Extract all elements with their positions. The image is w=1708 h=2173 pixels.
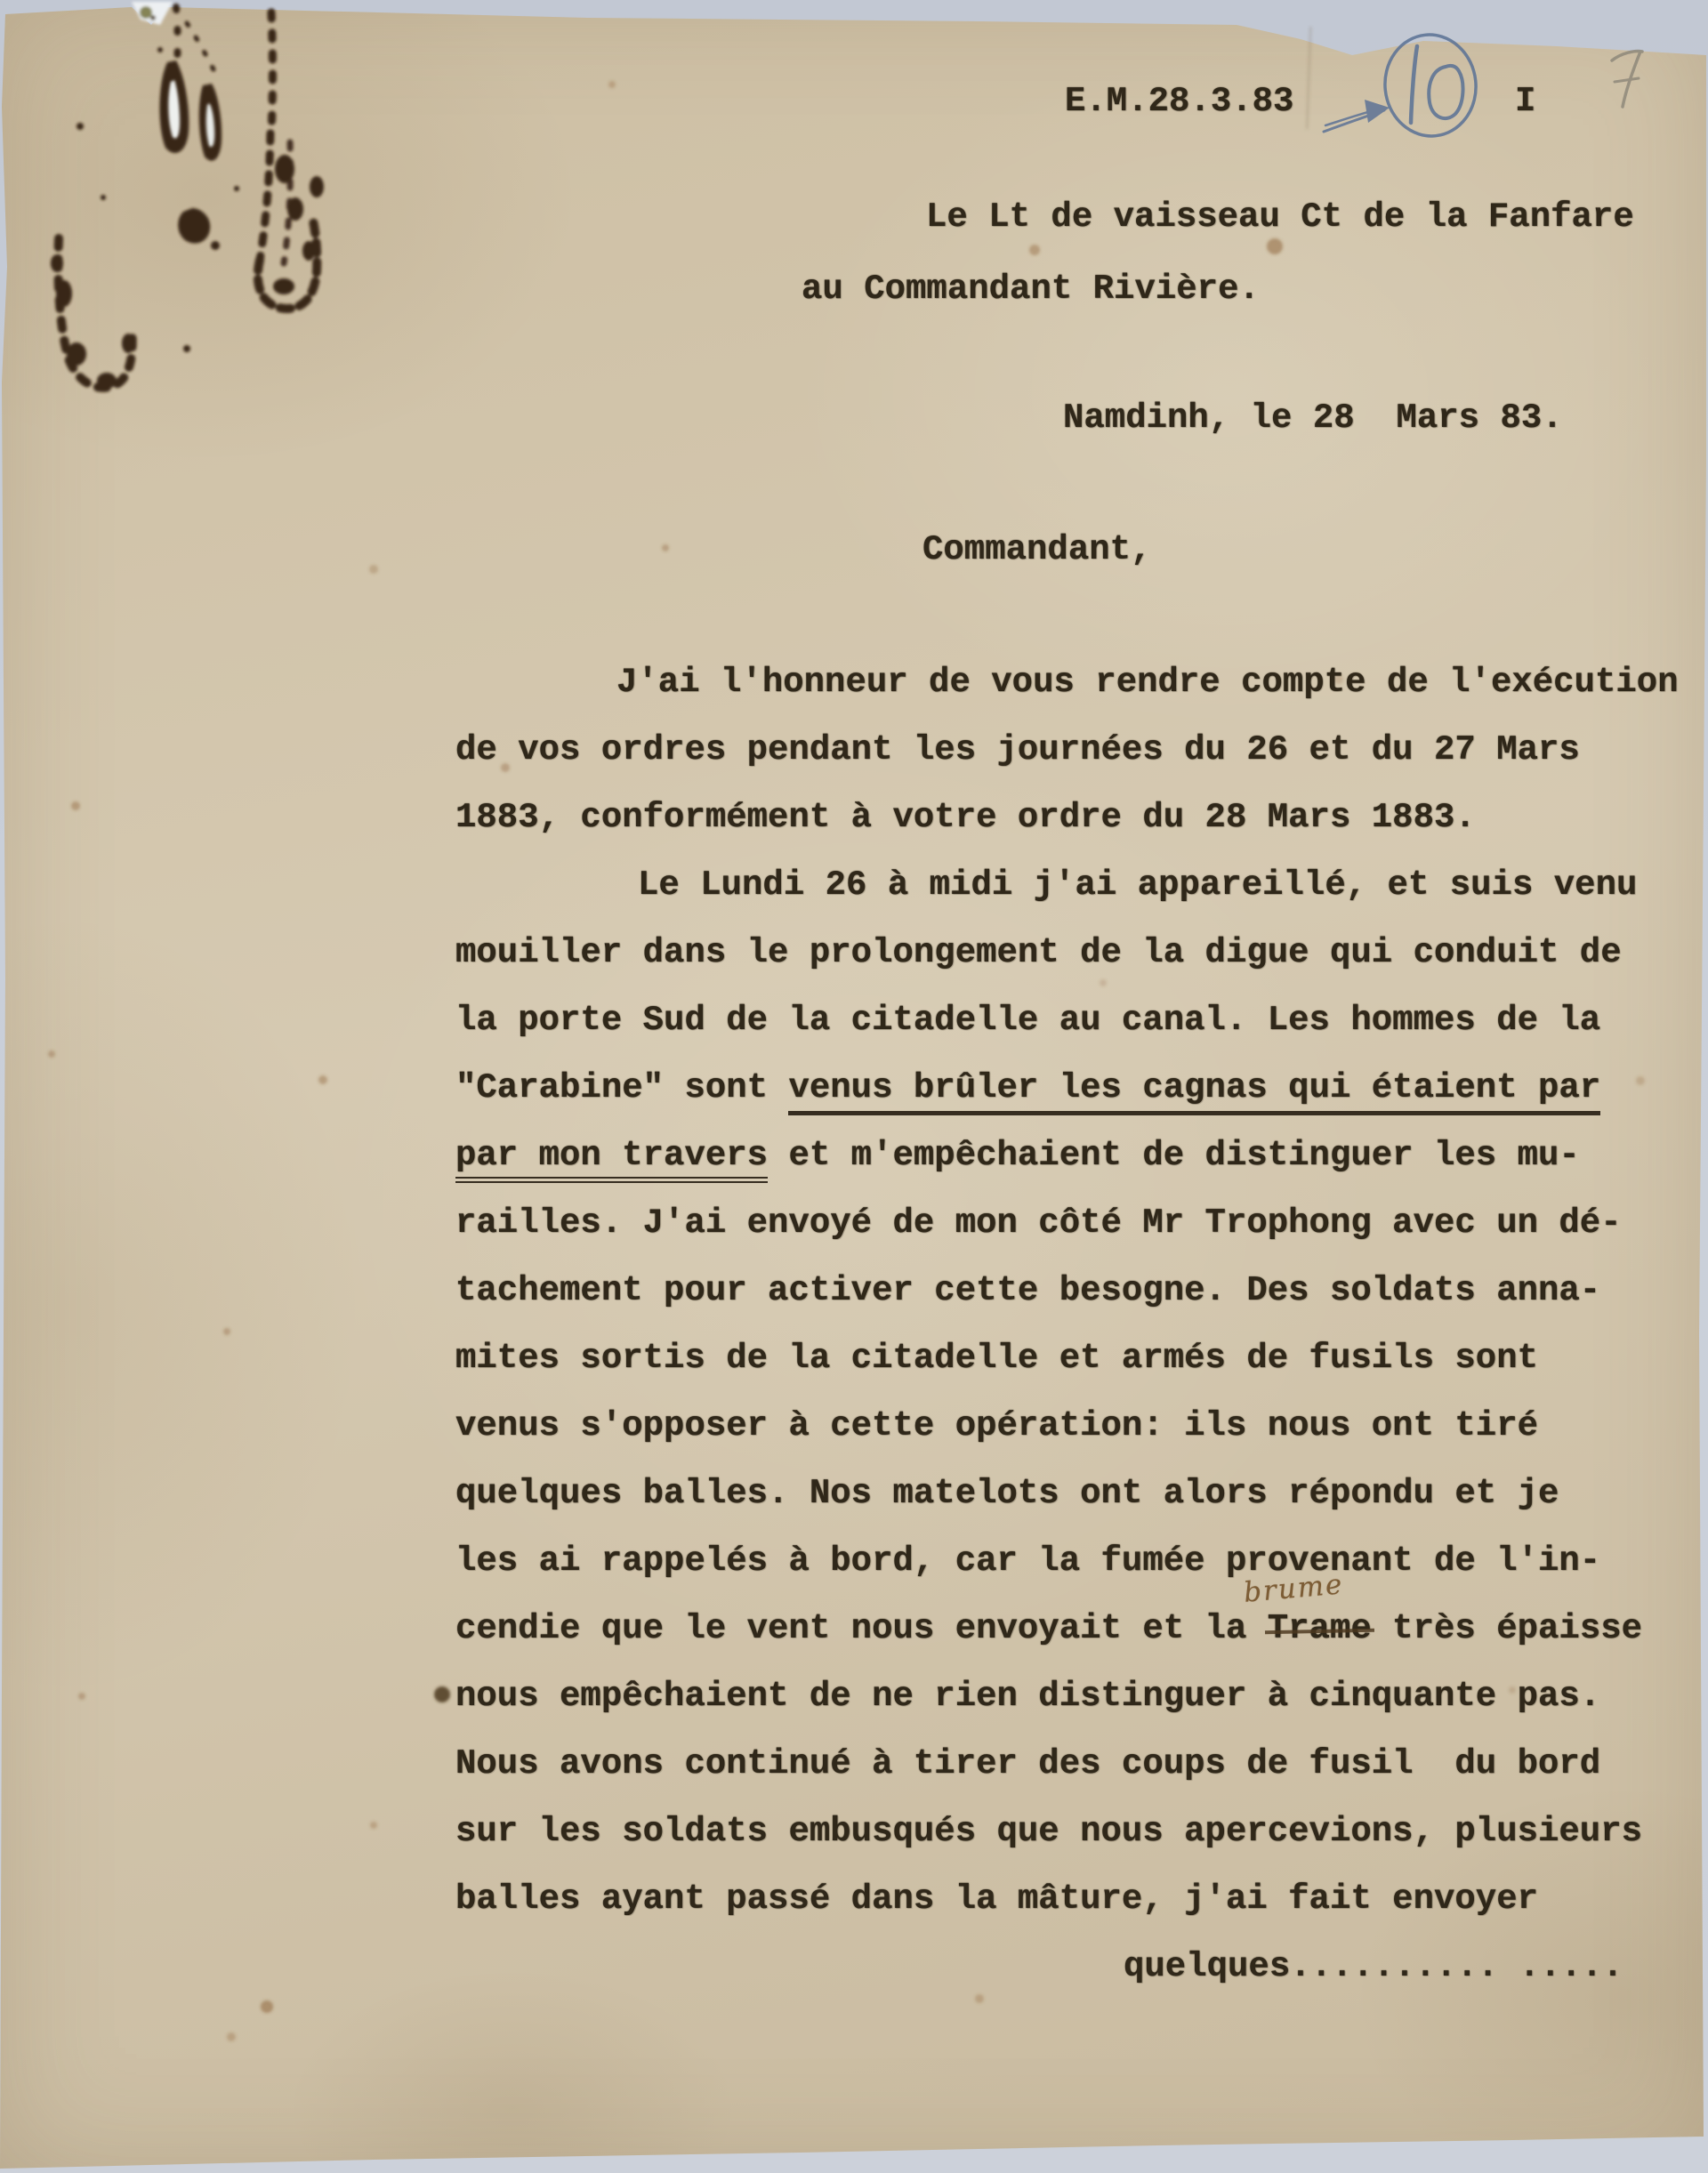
page-numeral: I	[1515, 82, 1535, 121]
line15-struck-word: Trame	[1268, 1609, 1372, 1648]
line15-prefix: cendie que le vent nous envoyait et la	[455, 1609, 1268, 1648]
typed-line-16: nous empêchaient de ne rien distinguer à…	[455, 1677, 1600, 1716]
recipient-line: au Commandant Rivière.	[802, 270, 1260, 309]
line15-suffix: très épaisse	[1372, 1609, 1642, 1648]
typed-line-13: quelques balles. Nos matelots ont alors …	[455, 1474, 1559, 1513]
typed-line-11: mites sortis de la citadelle et armés de…	[455, 1339, 1538, 1378]
salutation: Commandant,	[922, 530, 1151, 569]
typed-line-5: mouiller dans le prolongement de la digu…	[455, 933, 1622, 972]
sender-line: Le Lt de vaisseau Ct de la Fanfare	[926, 197, 1634, 237]
line8-underlined-text: par mon travers	[455, 1136, 768, 1183]
typed-line-6: la porte Sud de la citadelle au canal. L…	[455, 1001, 1600, 1040]
typed-line-4: Le Lundi 26 à midi j'ai appareillé, et s…	[638, 865, 1637, 905]
typed-line-8: par mon travers et m'empêchaient de dist…	[455, 1136, 1580, 1175]
dateline: Namdinh, le 28 Mars 83.	[1063, 398, 1563, 438]
typed-line-15: cendie que le vent nous envoyait et la T…	[455, 1609, 1642, 1648]
typed-line-17: Nous avons continué à tirer des coups de…	[455, 1744, 1600, 1783]
typed-line-18: sur les soldats embusqués que nous aperc…	[455, 1812, 1642, 1851]
typed-line-7: "Carabine" sont venus brûler les cagnas …	[455, 1068, 1600, 1107]
line7-underlined-text: venus brûler les cagnas qui étaient par	[788, 1068, 1600, 1115]
typed-line-2: de vos ordres pendant les journées du 26…	[455, 730, 1580, 769]
typed-line-3: 1883, conformément à votre ordre du 28 M…	[455, 798, 1476, 837]
line8-rest: et m'empêchaient de distinguer les mu-	[768, 1136, 1580, 1175]
scanned-letter-page: E.M.28.3.83 I Le Lt de vaisseau Ct de la…	[0, 0, 1708, 2173]
typed-line-14: les ai rappelés à bord, car la fumée pro…	[455, 1541, 1600, 1581]
line7-prefix: "Carabine" sont	[455, 1068, 788, 1107]
typed-line-12: venus s'opposer à cette opération: ils n…	[455, 1406, 1538, 1445]
typed-line-9: railles. J'ai envoyé de mon côté Mr Trop…	[455, 1203, 1622, 1243]
typed-line-19: balles ayant passé dans la mâture, j'ai …	[455, 1879, 1538, 1919]
typed-line-20-catchword: quelques.......... .....	[1124, 1947, 1623, 1986]
typed-line-10: tachement pour activer cette besogne. De…	[455, 1271, 1600, 1310]
ref-number: E.M.28.3.83	[1065, 82, 1293, 121]
typed-line-1: J'ai l'honneur de vous rendre compte de …	[616, 663, 1679, 702]
